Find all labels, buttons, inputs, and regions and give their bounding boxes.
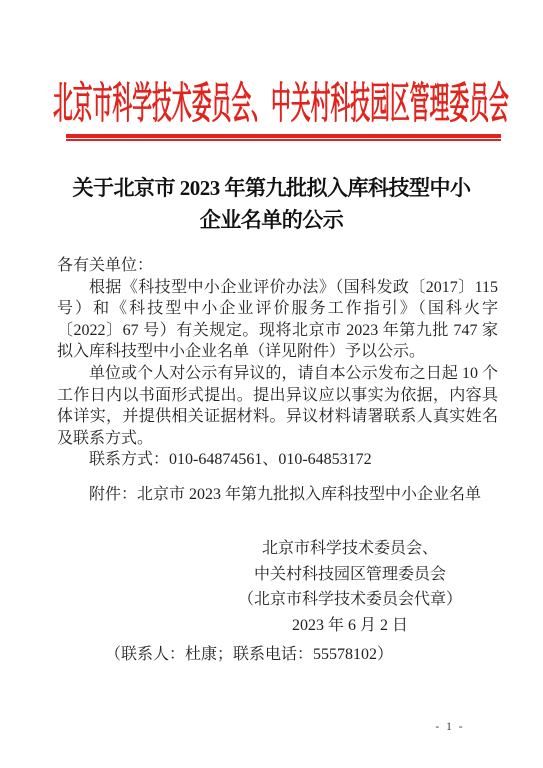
paragraph-legal-basis: 根据《科技型中小企业评价办法》（国科发政〔2017〕115 号）和《科技型中小企…: [57, 277, 498, 363]
letterhead-divider: [66, 134, 501, 141]
document-body: 各有关单位： 根据《科技型中小企业评价办法》（国科发政〔2017〕115 号）和…: [57, 255, 498, 471]
signature-date: 2023 年 6 月 2 日: [190, 613, 510, 639]
contact-phone-line: 联系方式：010-64874561、010-64853172: [57, 449, 498, 471]
document-title-line1: 关于北京市 2023 年第九批拟入库科技型中小: [0, 172, 543, 204]
divider-thin-line: [66, 139, 501, 141]
signer-seal-note: （北京市科学技术委员会代章）: [190, 587, 510, 613]
signer-org-line1: 北京市科学技术委员会、: [190, 536, 510, 562]
salutation-line: 各有关单位：: [57, 255, 498, 277]
paragraph-objection-procedure: 单位或个人对公示有异议的，请自本公示发布之日起 10 个工作日内以书面形式提出。…: [57, 363, 498, 449]
document-title-line2: 企业名单的公示: [0, 204, 543, 236]
page-number: - 1 -: [400, 721, 500, 733]
attachment-reference-line: 附件：北京市 2023 年第九批拟入库科技型中小企业名单: [57, 484, 498, 506]
letterhead-org-names: 北京市科学技术委员会、中关村科技园区管理委员会: [53, 70, 489, 131]
document-page: 北京市科学技术委员会、中关村科技园区管理委员会 关于北京市 2023 年第九批拟…: [0, 0, 543, 768]
signer-org-line2: 中关村科技园区管理委员会: [190, 562, 510, 588]
signature-block: 北京市科学技术委员会、 中关村科技园区管理委员会 （北京市科学技术委员会代章） …: [190, 536, 510, 638]
footer-contact-line: （联系人：杜康；联系电话：55578102）: [57, 645, 498, 664]
document-title: 关于北京市 2023 年第九批拟入库科技型中小 企业名单的公示: [0, 172, 543, 236]
